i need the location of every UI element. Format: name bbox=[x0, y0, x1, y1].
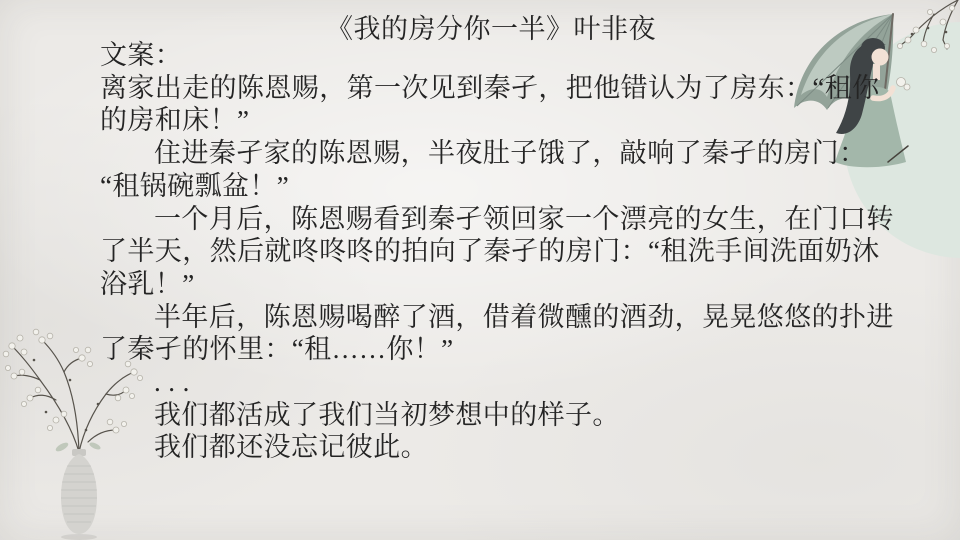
text-line: 浴乳！” bbox=[100, 268, 916, 301]
text-line: 我们都活成了我们当初梦想中的样子。 bbox=[100, 399, 916, 432]
text-line: . . . bbox=[100, 366, 916, 399]
slide: 《我的房分你一半》叶非夜 文案：离家出走的陈恩赐，第一次见到秦孑，把他错认为了房… bbox=[0, 0, 960, 540]
text-line: “租锅碗瓢盆！” bbox=[100, 170, 916, 203]
text-line: 了半天，然后就咚咚咚的拍向了秦孑的房门：“租洗手间洗面奶沐 bbox=[100, 235, 916, 268]
text-line: 一个月后，陈恩赐看到秦孑领回家一个漂亮的女生，在门口转 bbox=[100, 203, 916, 236]
text-line: 文案： bbox=[100, 39, 916, 72]
text-line: 的房和床！” bbox=[100, 104, 916, 137]
text-line: 半年后，陈恩赐喝醉了酒，借着微醺的酒劲，晃晃悠悠的扑进 bbox=[100, 301, 916, 334]
text-line: 住进秦孑家的陈恩赐，半夜肚子饿了，敲响了秦孑的房门： bbox=[100, 137, 916, 170]
body-text: 文案：离家出走的陈恩赐，第一次见到秦孑，把他错认为了房东：“租你的房和床！”住进… bbox=[100, 39, 916, 464]
text-line: 我们都还没忘记彼此。 bbox=[100, 431, 916, 464]
text-line: 离家出走的陈恩赐，第一次见到秦孑，把他错认为了房东：“租你 bbox=[100, 72, 916, 105]
text-line: 了秦孑的怀里：“租……你！” bbox=[100, 333, 916, 366]
